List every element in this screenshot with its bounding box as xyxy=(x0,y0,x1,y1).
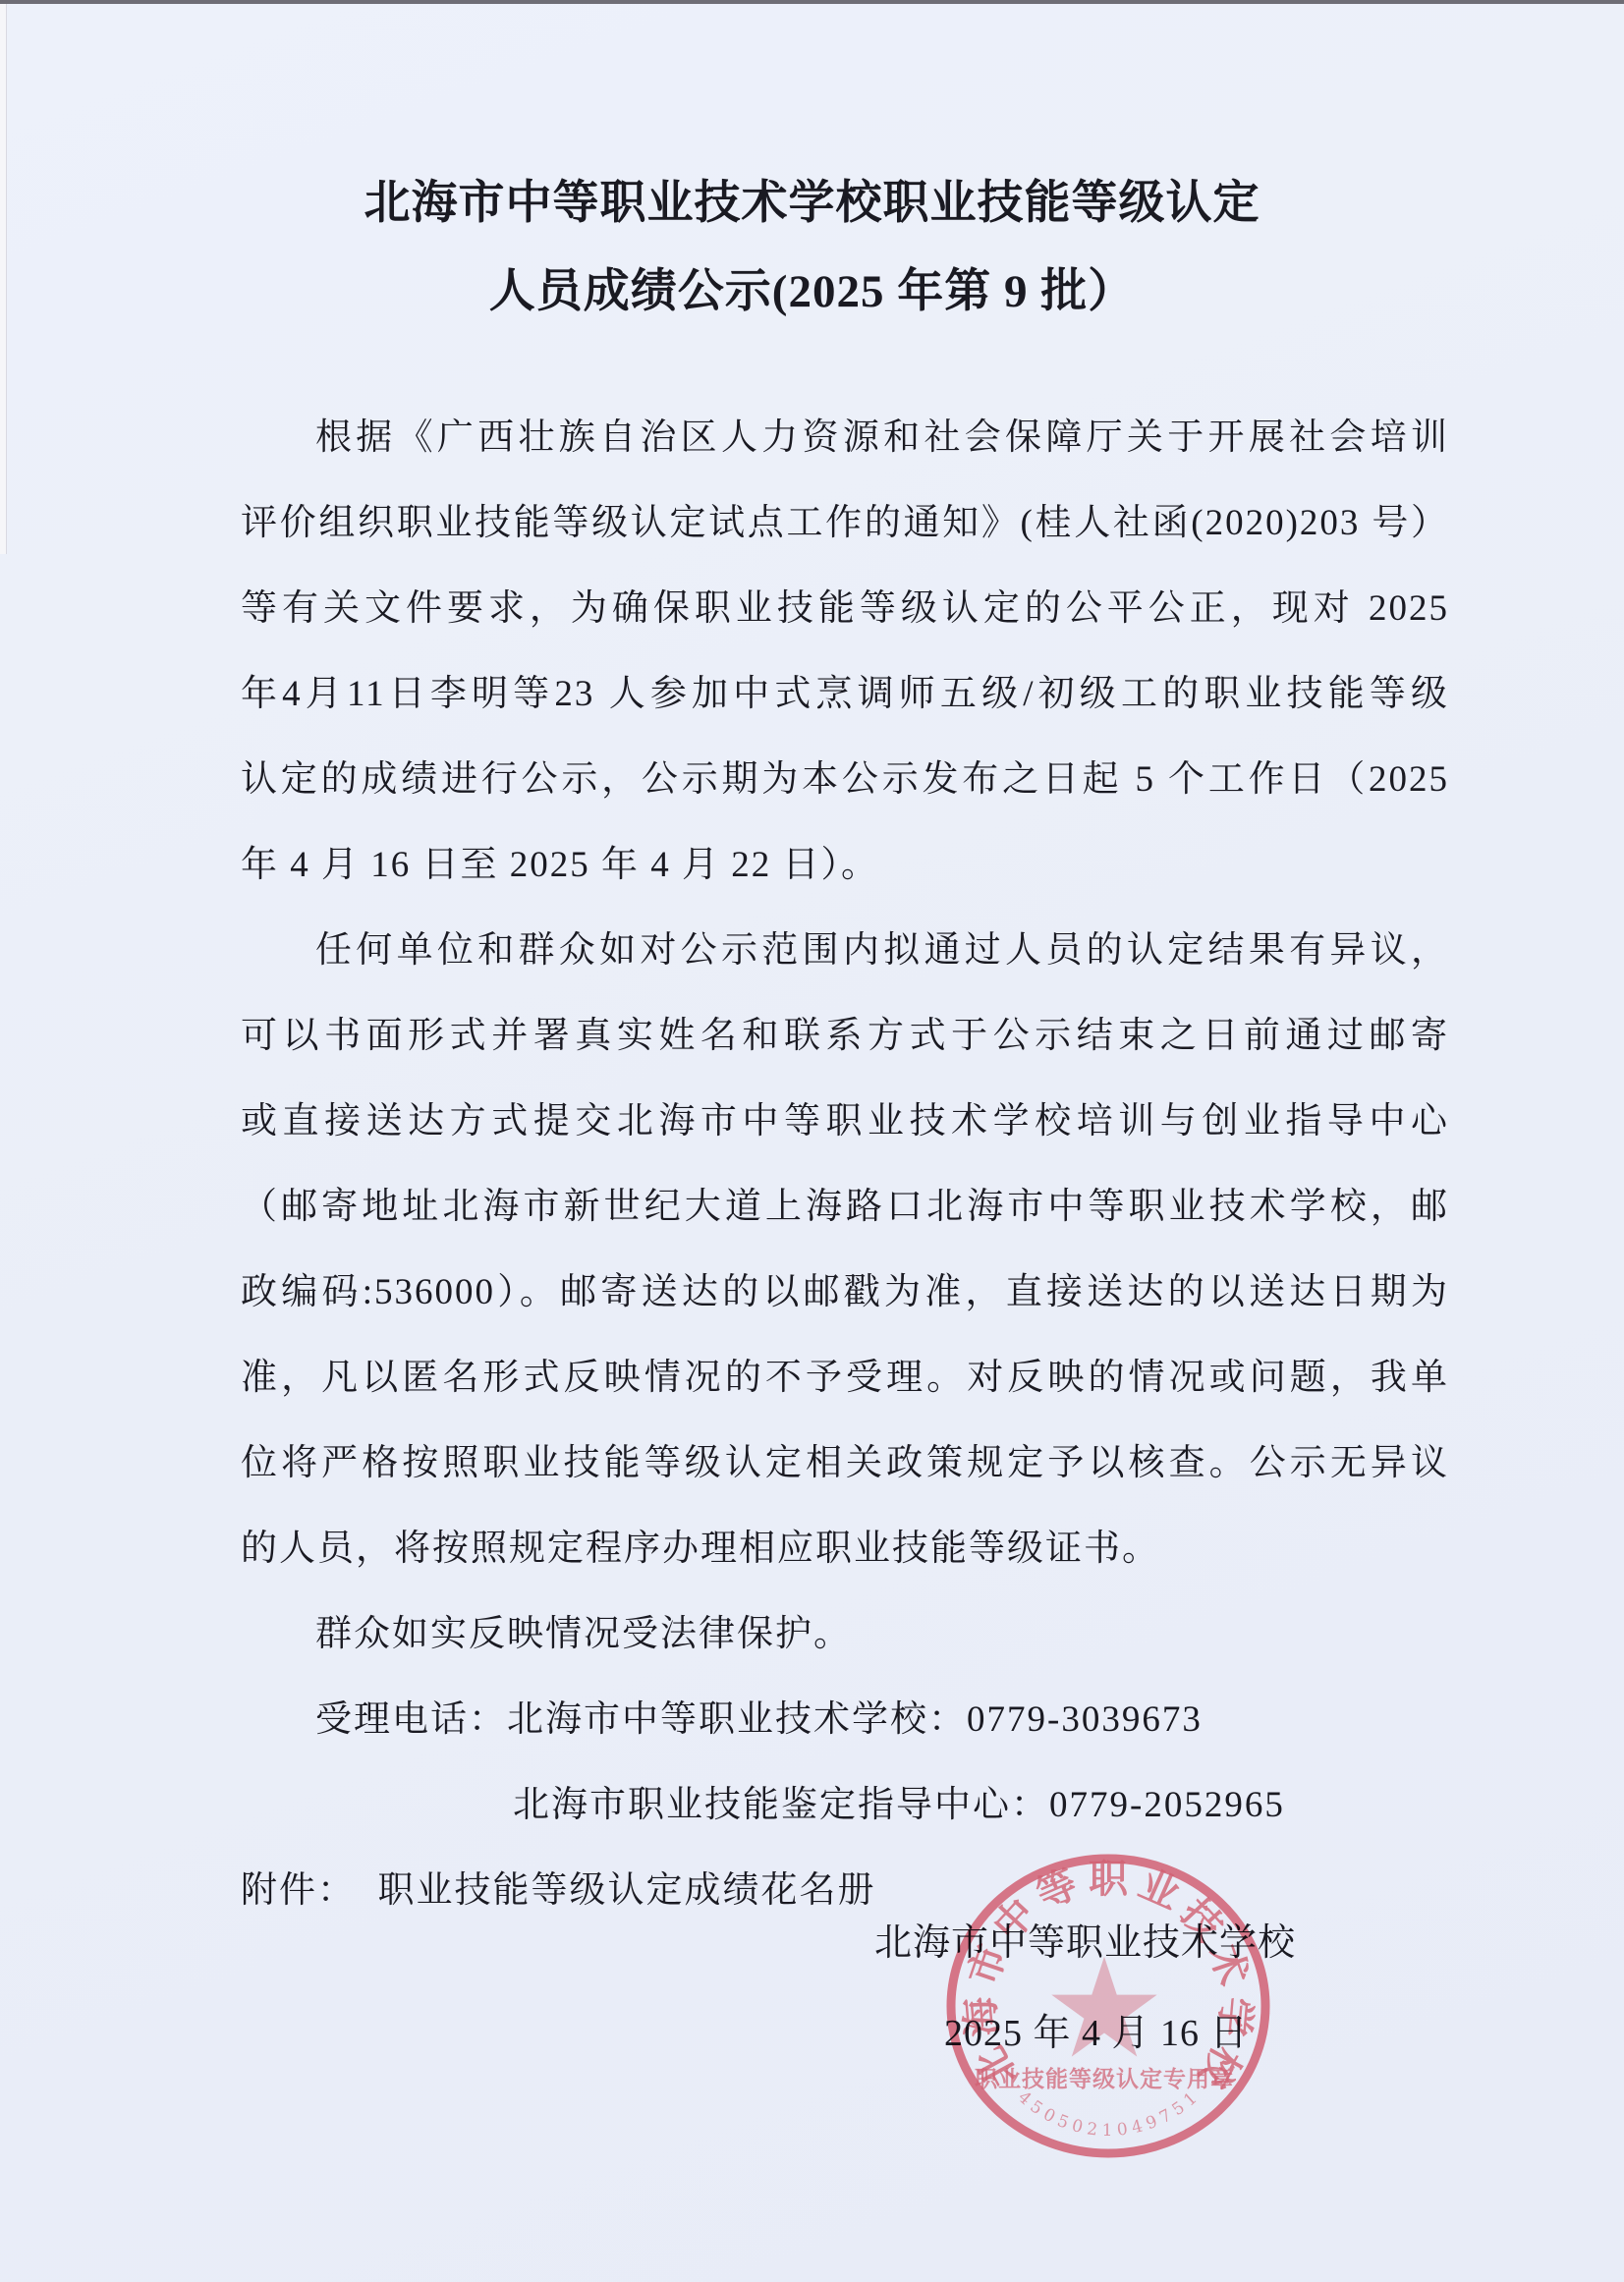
body-line: 可以书面形式并署真实姓名和联系方式于公示结束之日前通过邮寄 xyxy=(241,993,1449,1079)
scanned-notice-page: 北海市中等职业技术学校职业技能等级认定 人员成绩公示(2025 年第 9 批） … xyxy=(0,0,1624,2282)
body-line: （邮寄地址北海市新世纪大道上海路口北海市中等职业技术学校，邮 xyxy=(241,1164,1449,1250)
body-line: 受理电话：北海市中等职业技术学校：0779-3039673 xyxy=(241,1677,1449,1762)
seal-serial-number: 4505021049751 xyxy=(1014,2087,1203,2141)
body-line: 年 4 月 16 日至 2025 年 4 月 22 日）。 xyxy=(241,822,1449,908)
body-line: 准，凡以匿名形式反映情况的不予受理。对反映的情况或问题，我单 xyxy=(241,1335,1449,1420)
body-line: 或直接送达方式提交北海市中等职业技术学校培训与创业指导中心 xyxy=(241,1079,1449,1164)
body-line: 根据《广西壮族自治区人力资源和社会保障厅关于开展社会培训 xyxy=(241,395,1449,480)
seal-bottom-label: 职业技能等级认定专用章 xyxy=(975,2066,1234,2091)
notice-title-line2: 人员成绩公示(2025 年第 9 批） xyxy=(0,257,1624,326)
body-line: 认定的成绩进行公示，公示期为本公示发布之日起 5 个工作日（2025 xyxy=(241,737,1449,822)
body-line: 群众如实反映情况受法律保护。 xyxy=(241,1591,1449,1677)
body-line: 评价组织职业技能等级认定试点工作的通知》(桂人社函(2020)203 号） xyxy=(241,480,1449,566)
body-line: 的人员，将按照规定程序办理相应职业技能等级证书。 xyxy=(241,1506,1449,1591)
body-line: 政编码:536000）。邮寄送达的以邮戳为准，直接送达的以送达日期为 xyxy=(241,1250,1449,1335)
body-line: 位将严格按照职业技能等级认定相关政策规定予以核查。公示无异议 xyxy=(241,1420,1449,1506)
signature-organization: 北海市中等职业技术学校 xyxy=(874,1916,1296,1971)
body-line: 年4月11日李明等23 人参加中式烹调师五级/初级工的职业技能等级 xyxy=(241,651,1449,737)
notice-body: 根据《广西壮族自治区人力资源和社会保障厅关于开展社会培训评价组织职业技能等级认定… xyxy=(241,395,1449,1933)
signature-date: 2025 年 4 月 16 日 xyxy=(944,2006,1249,2061)
body-line: 北海市职业技能鉴定指导中心：0779-2052965 xyxy=(241,1762,1449,1848)
body-line: 任何单位和群众如对公示范围内拟通过人员的认定结果有异议， xyxy=(241,908,1449,993)
notice-title-line1: 北海市中等职业技术学校职业技能等级认定 xyxy=(0,169,1624,238)
scan-edge-top xyxy=(0,0,1624,4)
body-line: 等有关文件要求，为确保职业技能等级认定的公平公正，现对 2025 xyxy=(241,566,1449,651)
